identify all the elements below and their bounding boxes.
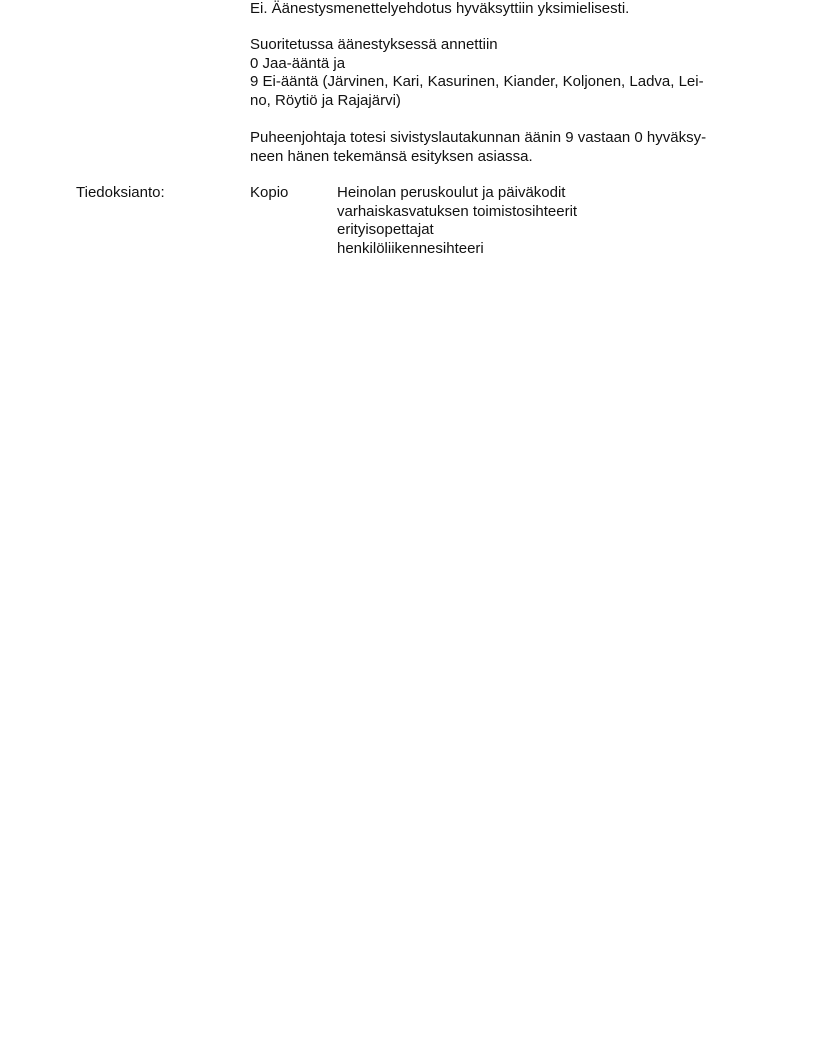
paragraph-line: neen hänen tekemänsä esityksen asiassa. — [250, 148, 740, 167]
recipient-item: erityisopettajat — [337, 221, 577, 240]
recipient-item: varhaiskasvatuksen toimistosihteerit — [337, 203, 577, 222]
paragraph-line: Suoritetussa äänestyksessä annettiin — [250, 36, 740, 55]
no-votes-line-continued: no, Röytiö ja Rajajärvi) — [250, 92, 740, 111]
paragraph-line: Puheenjohtaja totesi sivistyslautakunnan… — [250, 129, 740, 148]
document-page: Ei. Äänestysmenettelyehdotus hyväksyttii… — [0, 0, 816, 1056]
voting-method-result-paragraph: Ei. Äänestysmenettelyehdotus hyväksyttii… — [250, 0, 740, 19]
vote-count-paragraph: Suoritetussa äänestyksessä annettiin 0 J… — [250, 36, 740, 110]
distribution-label: Tiedoksianto: — [76, 184, 165, 203]
recipient-item: henkilöliikennesihteeri — [337, 240, 577, 259]
chair-conclusion-paragraph: Puheenjohtaja totesi sivistyslautakunnan… — [250, 129, 740, 166]
no-votes-line: 9 Ei-ääntä (Järvinen, Kari, Kasurinen, K… — [250, 73, 740, 92]
yes-votes-line: 0 Jaa-ääntä ja — [250, 55, 740, 74]
distribution-type: Kopio — [250, 184, 288, 203]
recipient-item: Heinolan peruskoulut ja päiväkodit — [337, 184, 577, 203]
recipient-list: Heinolan peruskoulut ja päiväkodit varha… — [337, 184, 577, 258]
paragraph-line: Ei. Äänestysmenettelyehdotus hyväksyttii… — [250, 0, 740, 19]
